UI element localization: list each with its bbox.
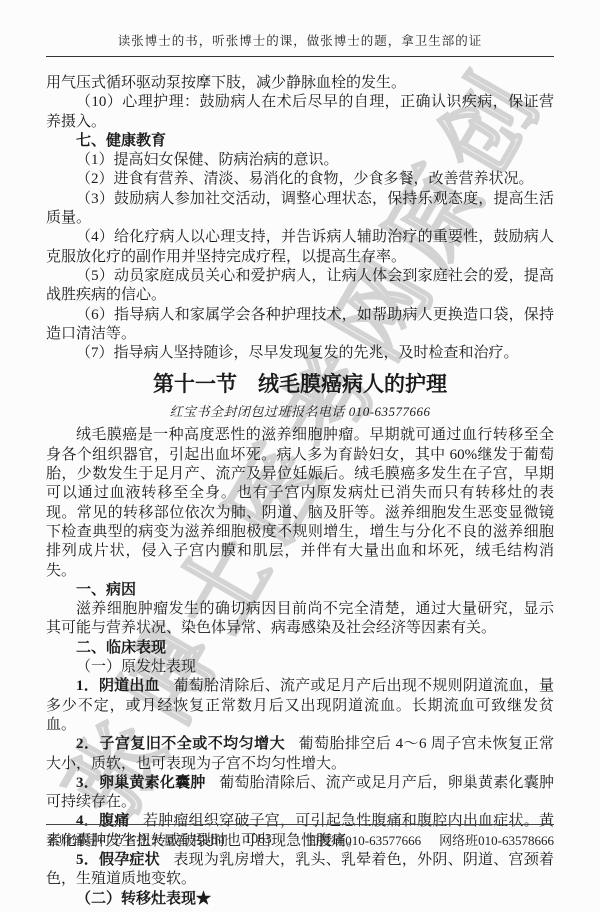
clinical-item-3-term: 3．卵巢黄素化囊肿 — [76, 775, 206, 791]
clinical-item-2: 2．子宫复旧不全或不均匀增大葡萄胎排空后 4～6 周子宫未恢复正常大小，质软，也… — [46, 735, 554, 774]
health-education-heading: 七、健康教育 — [46, 132, 554, 151]
clinical-item-1-term: 1．阴道出血 — [76, 678, 160, 694]
etiology-paragraph: 滋养细胞肿瘤发生的确切病因目前尚不完全清楚，通过大量研究，显示其可能与营养状况、… — [46, 600, 554, 639]
health-education-item-1: （1）提高妇女保健、防病治病的意识。 — [46, 151, 554, 170]
health-education-item-2: （2）进食有营养、清淡、易消化的食物，少食多餐，改善营养状况。 — [46, 170, 554, 189]
online-class-phone: 网络班010-63578666 — [439, 830, 554, 849]
footer-left-note: 名师辅导可节省您大量看书时间 — [46, 830, 228, 849]
psych-care-paragraph: （10）心理护理：鼓励病人在术后尽早的自理，正确认识疾病，保证营养摄入。 — [46, 93, 554, 132]
intro-paragraph: 绒毛膜癌是一种高度恶性的滋养细胞肿瘤。早期就可通过血行转移至全身各个组织器官，引… — [46, 426, 554, 580]
health-education-item-5: （5）动员家庭成员关心和爱护病人，让病人体会到家庭社会的爱，提高战胜疾病的信心。 — [46, 267, 554, 306]
page-body: 用气压式循环驱动泵按摩下肢，减少静脉血栓的发生。 （10）心理护理：鼓励病人在术… — [46, 74, 554, 909]
clinical-item-1: 1．阴道出血葡萄胎清除后、流产或足月产后出现不规则阴道流血，量多少不定，或月经恢… — [46, 677, 554, 735]
footer-phones: 面授班010-63577666 网络班010-63578666 — [288, 830, 554, 849]
page-header: 读张博士的书，听张博士的课，做张博士的题，拿卫生部的证 — [46, 0, 554, 57]
enrollment-note: 红宝书全封闭包过班报名电话 010-63577666 — [46, 403, 554, 420]
clinical-item-5: 5．假孕症状表现为乳房增大，乳头、乳晕着色，外阴、阴道、宫颈着色，生殖道质地变软… — [46, 851, 554, 890]
health-education-item-4: （4）给化疗病人以心理支持，并告诉病人辅助治疗的重要性，鼓励病人克服放化疗的副作… — [46, 228, 554, 267]
footer-divider — [46, 824, 554, 825]
section-title: 第十一节 绒毛膜癌病人的护理 — [46, 371, 554, 398]
onsite-class-phone: 面授班010-63577666 — [306, 830, 421, 849]
clinical-item-3: 3．卵巢黄素化囊肿葡萄胎清除后、流产或足月产后，卵巢黄素化囊肿可持续存在。 — [46, 774, 554, 813]
health-education-item-7: （7）指导病人坚持随诊，尽早发现复发的先兆，及时检查和治疗。 — [46, 344, 554, 363]
continuation-line: 用气压式循环驱动泵按摩下肢，减少静脉血栓的发生。 — [46, 74, 554, 93]
metastasis-heading: （二）转移灶表现★ — [46, 890, 554, 909]
etiology-heading: 一、病因 — [46, 581, 554, 600]
header-divider — [46, 56, 554, 57]
clinical-item-2-term: 2．子宫复旧不全或不均匀增大 — [76, 736, 285, 752]
book-page: 张博士医考网原创 读张博士的书，听张博士的课，做张博士的题，拿卫生部的证 用气压… — [0, 0, 600, 912]
header-slogan: 读张博士的书，听张博士的课，做张博士的题，拿卫生部的证 — [46, 0, 554, 49]
primary-lesion-heading: （一）原发灶表现 — [46, 658, 554, 677]
health-education-item-3: （3）鼓励病人参加社交活动，调整心理状态，保持乐观态度，提高生活质量。 — [46, 190, 554, 229]
page-number: 1063 — [245, 831, 272, 847]
page-footer: 名师辅导可节省您大量看书时间 1063 面授班010-63577666 网络班0… — [46, 824, 554, 849]
footer-row: 名师辅导可节省您大量看书时间 1063 面授班010-63577666 网络班0… — [46, 830, 554, 849]
clinical-heading: 二、临床表现 — [46, 639, 554, 658]
health-education-item-6: （6）指导病人和家属学会各种护理技术，如帮助病人更换造口袋，保持造口清洁等。 — [46, 306, 554, 345]
clinical-item-5-term: 5．假孕症状 — [76, 852, 160, 868]
